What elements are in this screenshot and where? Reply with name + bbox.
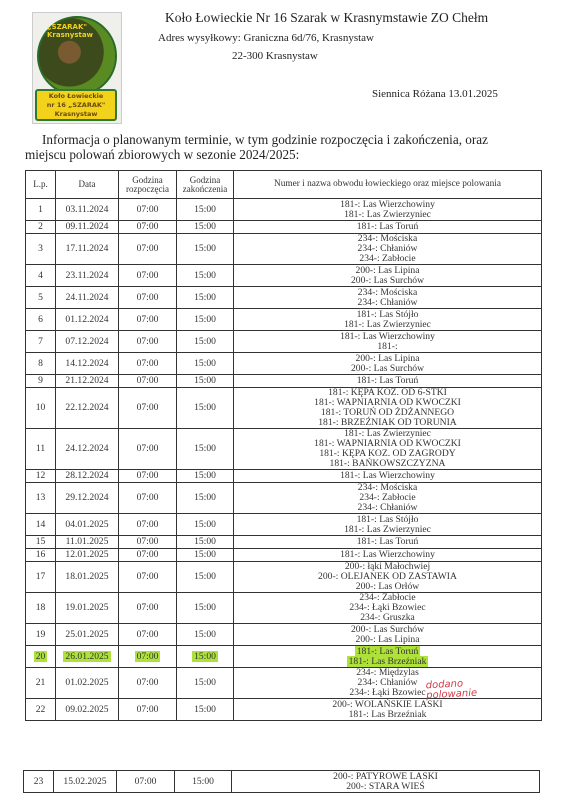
logo-plate: Koło Łowieckie nr 16 „SZARAK" Krasnystaw <box>35 89 117 121</box>
cell-date: 24.11.2024 <box>56 287 119 309</box>
intro-line-1: Informacja o planowanym terminie, w tym … <box>25 132 545 147</box>
cell-end: 15:00 <box>177 549 234 562</box>
cell-lp: 8 <box>26 353 56 375</box>
cell-location: 234-: Międzylas234-: Chłaniów234-: Łąki … <box>234 668 542 699</box>
cell-date: 14.12.2024 <box>56 353 119 375</box>
cell-location: 200-: Las Lipina200-: Las Surchów <box>234 353 542 375</box>
table-row: 921.12.202407:0015:00181-: Las Toruń <box>26 375 542 388</box>
club-title: Koło Łowieckie Nr 16 Szarak w Krasnymsta… <box>165 10 488 26</box>
cell-start: 07:00 <box>119 429 177 470</box>
location-entry: 181-: BRZEŹNIAK OD TORUNIA <box>234 418 541 428</box>
cell-end: 15:00 <box>177 375 234 388</box>
cell-location: 181-: Las Stójło181-: Las Zwierzyniec <box>234 309 542 331</box>
cell-end: 15:00 <box>177 353 234 375</box>
cell-location: 200-: Las Lipina200-: Las Surchów <box>234 265 542 287</box>
cell-end: 15:00 <box>177 514 234 536</box>
logo-plate-line: nr 16 „SZARAK" <box>37 101 115 110</box>
table-row: 103.11.202407:0015:00181-: Las Wierzchow… <box>26 199 542 221</box>
location-entry: 200-: Las Surchów <box>234 276 541 286</box>
table-row: 707.12.202407:0015:00181-: Las Wierzchow… <box>26 331 542 353</box>
table-row: 1022.12.202407:0015:00181-: KĘPA KOZ. OD… <box>26 388 542 429</box>
cell-date: 29.12.2024 <box>56 483 119 514</box>
location-entry: 200-: Las Lipina <box>234 635 541 645</box>
cell-location: 181-: Las Zwierzyniec181-: WAPNIARNIA OD… <box>234 429 542 470</box>
location-entry: 181-: Las Toruń <box>234 222 541 232</box>
logo-arc-text: „SZARAK" Krasnystaw <box>47 23 121 39</box>
table-row: 1612.01.202507:0015:00181-: Las Wierzcho… <box>26 549 542 562</box>
cell-date: 28.12.2024 <box>56 470 119 483</box>
location-entry: 181-: BAŃKOWSZCZYZNA <box>234 459 541 469</box>
cell-date: 24.12.2024 <box>56 429 119 470</box>
table-row: 1511.01.202507:0015:00181-: Las Toruń <box>26 536 542 549</box>
cell-date: 25.01.2025 <box>56 624 119 646</box>
cell-location: 181-: Las Wierzchowiny <box>234 549 542 562</box>
cell-date: 01.02.2025 <box>56 668 119 699</box>
cell-date: 12.01.2025 <box>56 549 119 562</box>
club-logo: „SZARAK" Krasnystaw Koło Łowieckie nr 16… <box>32 12 122 124</box>
table-row: 2026.01.202507:0015:00181-: Las Toruń181… <box>26 646 542 668</box>
cell-end: 15:00 <box>177 646 234 668</box>
location-entry: 181-: Las Zwierzyniec <box>234 320 541 330</box>
cell-start: 07:00 <box>119 388 177 429</box>
logo-plate-line: Krasnystaw <box>37 110 115 119</box>
cell-date: 26.01.2025 <box>56 646 119 668</box>
location-entry: 234-: Łąki Bzowiec <box>234 688 541 698</box>
cell-end: 15:00 <box>177 624 234 646</box>
table-row: 1718.01.202507:0015:00200-: łąki Małochw… <box>26 562 542 593</box>
table-row: 423.11.202407:0015:00200-: Las Lipina200… <box>26 265 542 287</box>
cell-lp: 9 <box>26 375 56 388</box>
cell-location: 200-: Las Surchów200-: Las Lipina <box>234 624 542 646</box>
cell-end: 15:00 <box>177 287 234 309</box>
cell-end: 15:00 <box>175 771 232 793</box>
cell-end: 15:00 <box>177 388 234 429</box>
cell-date: 07.12.2024 <box>56 331 119 353</box>
cell-lp: 16 <box>26 549 56 562</box>
cell-start: 07:00 <box>119 353 177 375</box>
header-lp: L.p. <box>26 171 56 199</box>
logo-plate-line: Koło Łowieckie <box>37 92 115 101</box>
cell-end: 15:00 <box>177 309 234 331</box>
cell-lp: 14 <box>26 514 56 536</box>
cell-end: 15:00 <box>177 668 234 699</box>
cell-lp: 20 <box>26 646 56 668</box>
table-row: 317.11.202407:0015:00234-: Mościska234-:… <box>26 234 542 265</box>
table-row: 2209.02.202507:0015:00200-: WOLAŃSKIE LA… <box>26 699 542 721</box>
cell-location: 200-: PATYROWE LASKI200-: STARA WIEŚ <box>232 771 540 793</box>
location-entry: 234-: Chłaniów <box>234 298 541 308</box>
cell-date: 19.01.2025 <box>56 593 119 624</box>
cell-date: 01.12.2024 <box>56 309 119 331</box>
mailing-address: Adres wysyłkowy: Graniczna 6d/76, Krasny… <box>158 32 374 44</box>
cell-lp: 23 <box>24 771 54 793</box>
cell-lp: 21 <box>26 668 56 699</box>
cell-lp: 1 <box>26 199 56 221</box>
cell-date: 09.11.2024 <box>56 221 119 234</box>
cell-location: 234-: Mościska234-: Zabłocie234-: Chłani… <box>234 483 542 514</box>
cell-date: 21.12.2024 <box>56 375 119 388</box>
cell-end: 15:00 <box>177 483 234 514</box>
cell-lp: 15 <box>26 536 56 549</box>
location-entry: 181-: Las Wierzchowiny <box>234 471 541 481</box>
cell-start: 07:00 <box>119 199 177 221</box>
cell-end: 15:00 <box>177 593 234 624</box>
cell-start: 07:00 <box>119 646 177 668</box>
cell-location: 181-: Las Toruń <box>234 536 542 549</box>
cell-start: 07:00 <box>119 514 177 536</box>
cell-location: 181-: KĘPA KOZ. OD 6-STKI181-: WAPNIARNI… <box>234 388 542 429</box>
place-date: Siennica Różana 13.01.2025 <box>372 88 498 100</box>
cell-date: 17.11.2024 <box>56 234 119 265</box>
cell-start: 07:00 <box>119 699 177 721</box>
cell-end: 15:00 <box>177 536 234 549</box>
cell-end: 15:00 <box>177 221 234 234</box>
cell-location: 181-: Las Wierzchowiny181-: Las Zwierzyn… <box>234 199 542 221</box>
cell-lp: 11 <box>26 429 56 470</box>
cell-end: 15:00 <box>177 699 234 721</box>
cell-start: 07:00 <box>119 593 177 624</box>
intro-paragraph: Informacja o planowanym terminie, w tym … <box>25 132 545 162</box>
cell-lp: 17 <box>26 562 56 593</box>
cell-start: 07:00 <box>119 483 177 514</box>
intro-line-2: miejscu polowań zbiorowych w sezonie 202… <box>25 147 545 162</box>
cell-date: 23.11.2024 <box>56 265 119 287</box>
cell-end: 15:00 <box>177 234 234 265</box>
location-entry: 181-: Las Toruń <box>234 376 541 386</box>
location-entry: 181-: Las Toruń <box>234 537 541 547</box>
cell-date: 15.02.2025 <box>54 771 117 793</box>
cell-lp: 3 <box>26 234 56 265</box>
cell-date: 22.12.2024 <box>56 388 119 429</box>
cell-end: 15:00 <box>177 199 234 221</box>
cell-start: 07:00 <box>119 234 177 265</box>
cell-lp: 18 <box>26 593 56 624</box>
cell-location: 234-: Mościska234-: Chłaniów <box>234 287 542 309</box>
cell-lp: 5 <box>26 287 56 309</box>
cell-start: 07:00 <box>119 287 177 309</box>
cell-start: 07:00 <box>119 331 177 353</box>
location-entry: 181-: Las Zwierzyniec <box>234 210 541 220</box>
cell-start: 07:00 <box>119 309 177 331</box>
location-entry: 234-: Chłaniów <box>234 503 541 513</box>
location-entry: 200-: Las Orłów <box>234 582 541 592</box>
cell-start: 07:00 <box>119 668 177 699</box>
cell-start: 07:00 <box>119 470 177 483</box>
cell-lp: 13 <box>26 483 56 514</box>
cell-date: 04.01.2025 <box>56 514 119 536</box>
header-start: Godzinarozpoczęcia <box>119 171 177 199</box>
postal-code: 22-300 Krasnystaw <box>232 50 318 62</box>
header-end: Godzinazakończenia <box>177 171 234 199</box>
cell-start: 07:00 <box>119 562 177 593</box>
cell-end: 15:00 <box>177 429 234 470</box>
cell-location: 200-: WOLAŃSKIE LASKI181-: Las Brzeźniak <box>234 699 542 721</box>
hunt-schedule-extra-table: 2315.02.202507:0015:00200-: PATYROWE LAS… <box>23 770 540 793</box>
table-row: 209.11.202407:0015:00181-: Las Toruń <box>26 221 542 234</box>
cell-start: 07:00 <box>119 536 177 549</box>
location-entry: 200-: STARA WIEŚ <box>232 782 539 792</box>
cell-date: 09.02.2025 <box>56 699 119 721</box>
location-entry: 181-: Las Wierzchowiny <box>234 550 541 560</box>
cell-location: 181-: Las Toruń <box>234 375 542 388</box>
cell-lp: 6 <box>26 309 56 331</box>
location-entry: 234-: Zabłocie <box>234 254 541 264</box>
table-row: 2315.02.202507:0015:00200-: PATYROWE LAS… <box>24 771 540 793</box>
table-row: 1124.12.202407:0015:00181-: Las Zwierzyn… <box>26 429 542 470</box>
cell-end: 15:00 <box>177 331 234 353</box>
cell-end: 15:00 <box>177 265 234 287</box>
location-entry: 234-: Gruszka <box>234 613 541 623</box>
table-row: 1819.01.202507:0015:00234-: Zabłocie234-… <box>26 593 542 624</box>
handwritten-note: dodano polowanie <box>426 679 478 702</box>
table-row: 1925.01.202507:0015:00200-: Las Surchów2… <box>26 624 542 646</box>
cell-start: 07:00 <box>119 624 177 646</box>
cell-location: 234-: Zabłocie234-: Łąki Bzowiec234-: Gr… <box>234 593 542 624</box>
cell-location: 181-: Las Toruń181-: Las Brzeźniak <box>234 646 542 668</box>
cell-location: 234-: Mościska234-: Chłaniów234-: Zabłoc… <box>234 234 542 265</box>
cell-location: 181-: Las Wierzchowiny181-: <box>234 331 542 353</box>
cell-location: 181-: Las Stójło181-: Las Zwierzyniec <box>234 514 542 536</box>
cell-date: 18.01.2025 <box>56 562 119 593</box>
location-entry: 181-: Las Brzeźniak <box>234 710 541 720</box>
table-row: 1228.12.202407:0015:00181-: Las Wierzcho… <box>26 470 542 483</box>
cell-end: 15:00 <box>177 562 234 593</box>
location-entry: 181-: <box>234 342 541 352</box>
table-row: 524.11.202407:0015:00234-: Mościska234-:… <box>26 287 542 309</box>
header-location: Numer i nazwa obwodu łowieckiego oraz mi… <box>234 171 542 199</box>
cell-lp: 12 <box>26 470 56 483</box>
table-header-row: L.p. Data Godzinarozpoczęcia Godzinazako… <box>26 171 542 199</box>
cell-location: 200-: łąki Małochwiej200-: OLEJANEK OD Z… <box>234 562 542 593</box>
location-entry: 181-: Las Zwierzyniec <box>234 525 541 535</box>
cell-start: 07:00 <box>119 265 177 287</box>
table-row: 1329.12.202407:0015:00234-: Mościska234-… <box>26 483 542 514</box>
table-row: 814.12.202407:0015:00200-: Las Lipina200… <box>26 353 542 375</box>
table-row: 1404.01.202507:0015:00181-: Las Stójło18… <box>26 514 542 536</box>
location-entry: 181-: Las Brzeźniak <box>234 657 541 667</box>
cell-lp: 4 <box>26 265 56 287</box>
cell-start: 07:00 <box>119 221 177 234</box>
cell-lp: 19 <box>26 624 56 646</box>
cell-date: 03.11.2024 <box>56 199 119 221</box>
table-row: 601.12.202407:0015:00181-: Las Stójło181… <box>26 309 542 331</box>
cell-location: 181-: Las Wierzchowiny <box>234 470 542 483</box>
location-entry: 200-: Las Surchów <box>234 364 541 374</box>
header-date: Data <box>56 171 119 199</box>
hunt-schedule-table: L.p. Data Godzinarozpoczęcia Godzinazako… <box>25 170 542 721</box>
cell-location: 181-: Las Toruń <box>234 221 542 234</box>
cell-lp: 2 <box>26 221 56 234</box>
cell-lp: 7 <box>26 331 56 353</box>
cell-start: 07:00 <box>117 771 175 793</box>
cell-lp: 22 <box>26 699 56 721</box>
cell-end: 15:00 <box>177 470 234 483</box>
cell-lp: 10 <box>26 388 56 429</box>
cell-date: 11.01.2025 <box>56 536 119 549</box>
cell-start: 07:00 <box>119 375 177 388</box>
cell-start: 07:00 <box>119 549 177 562</box>
